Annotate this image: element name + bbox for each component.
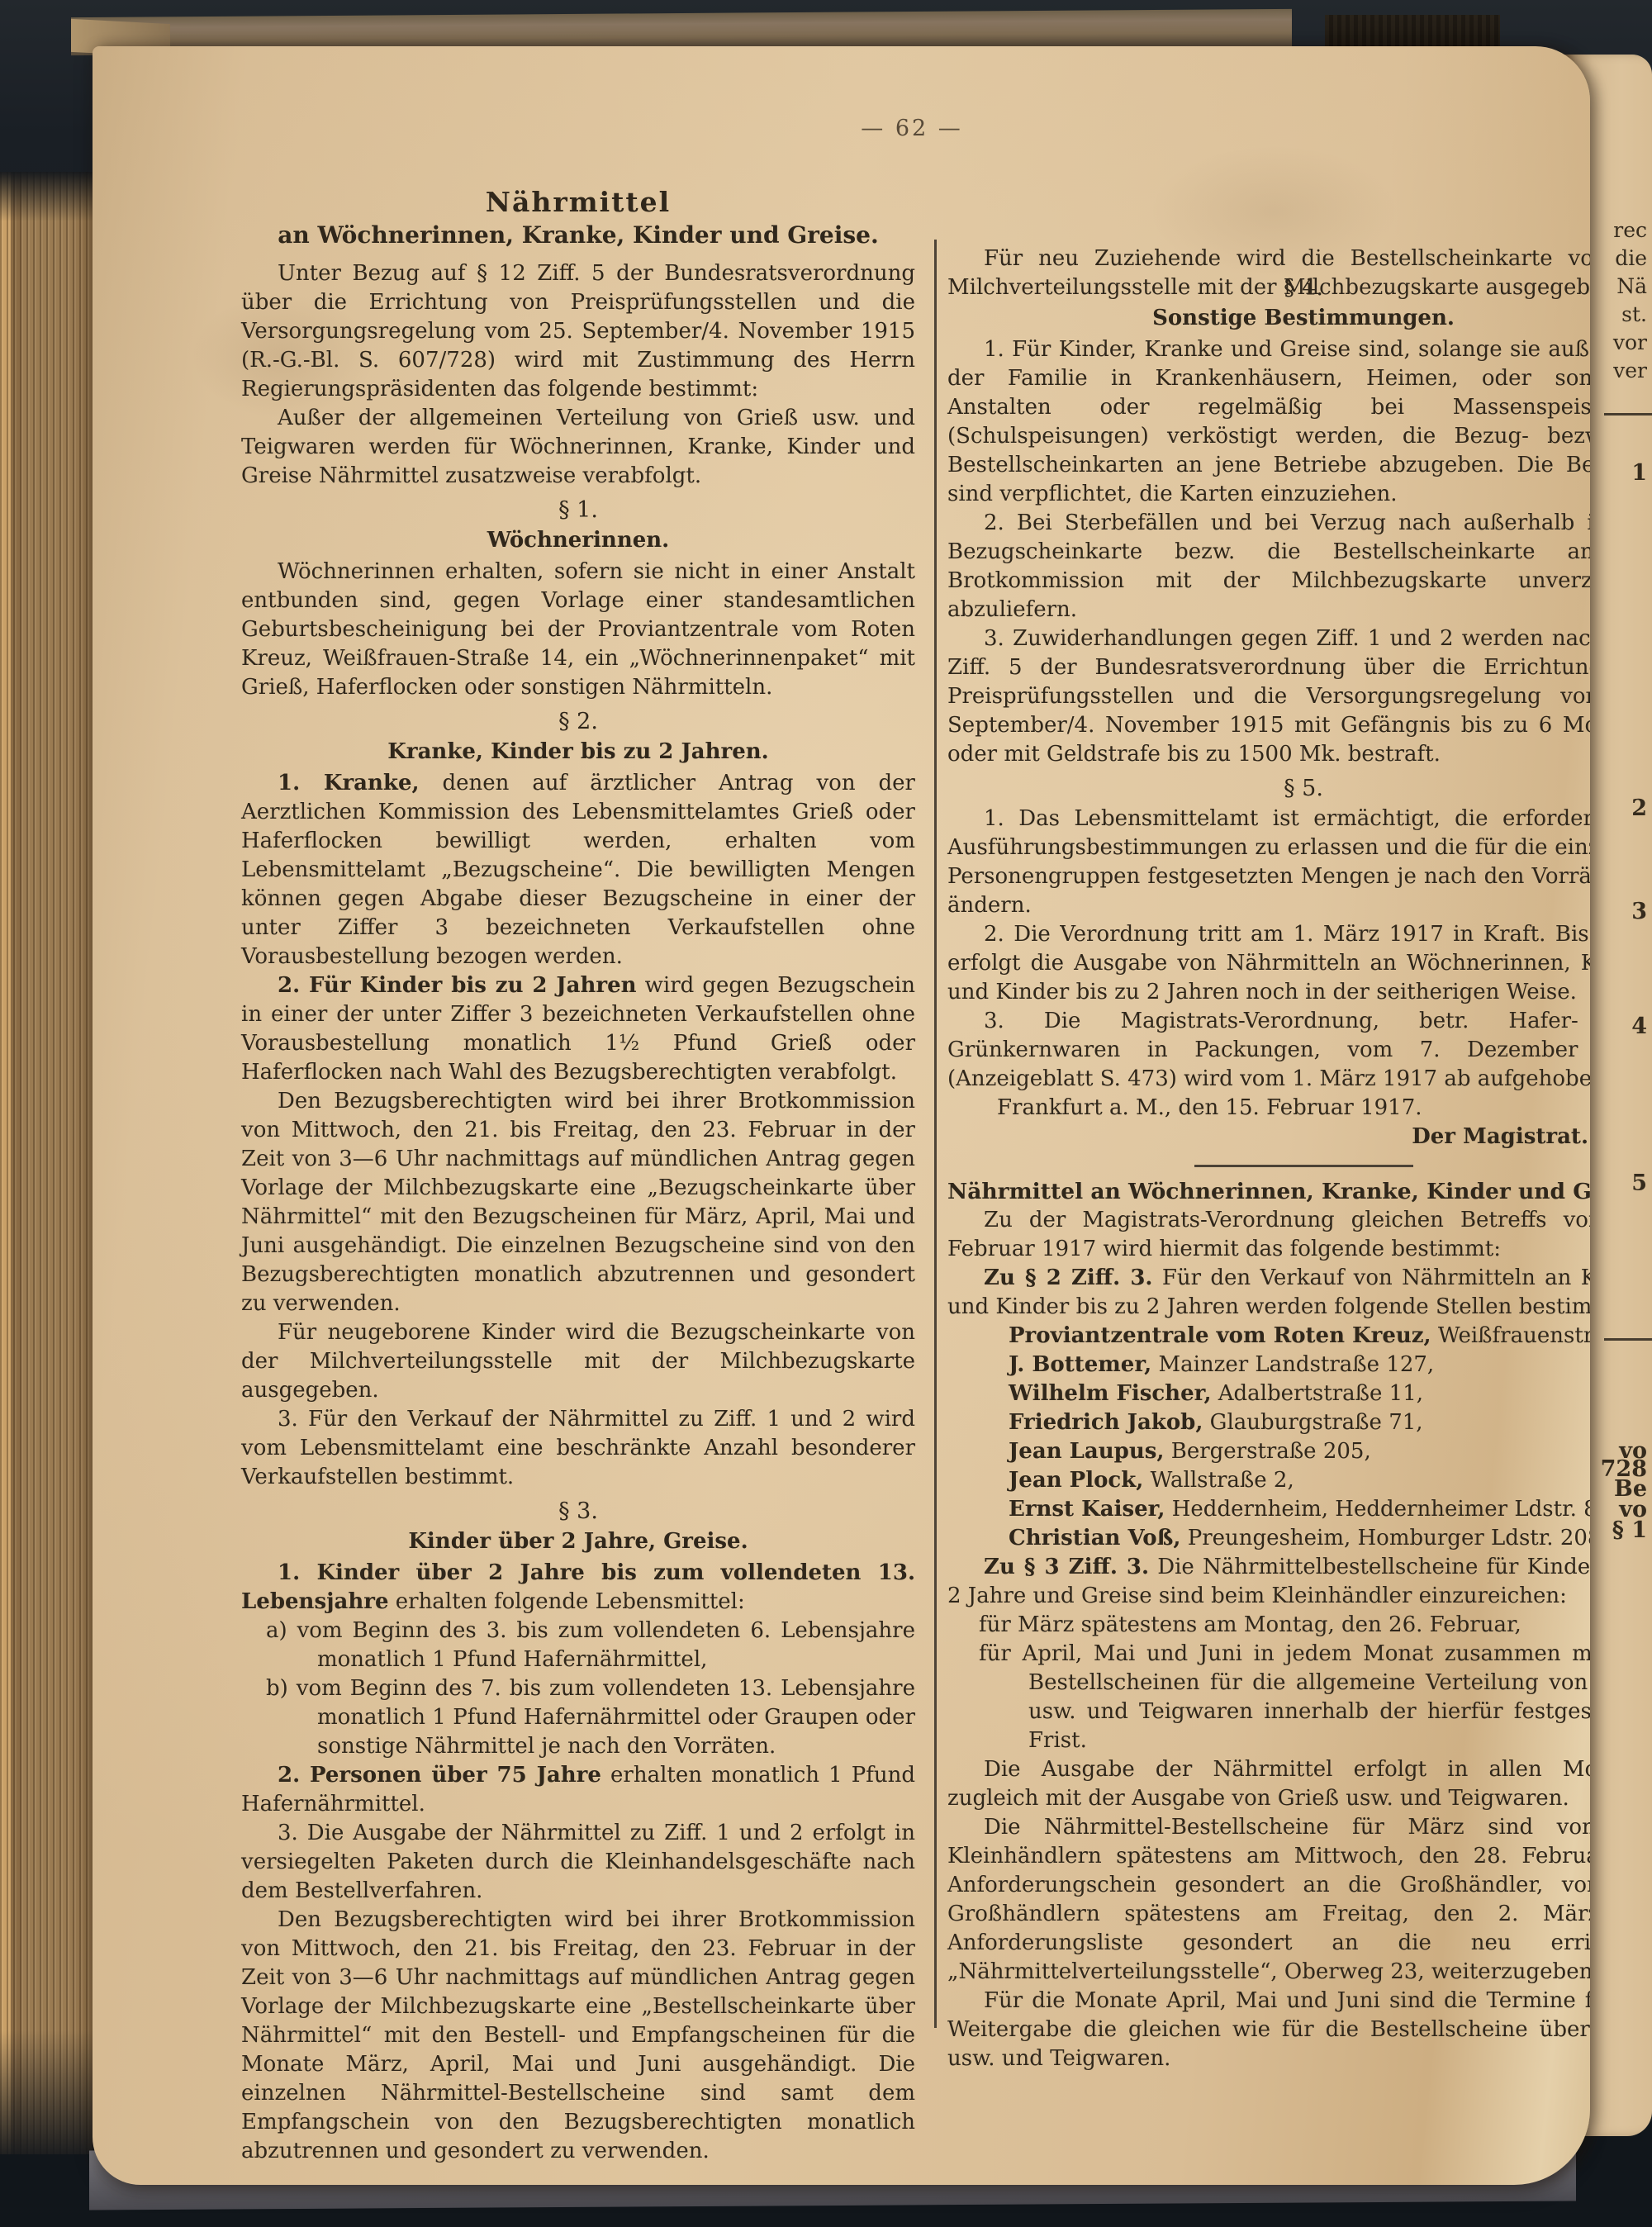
- paragraph: Die Nährmittel-Bestellscheine für März s…: [947, 1813, 1590, 1987]
- text-run: Nährmittel: [486, 186, 671, 218]
- separator-rule: [1194, 1165, 1413, 1167]
- list-item: für März spätestens am Montag, den 26. F…: [947, 1611, 1590, 1640]
- document-subtitle: an Wöchnerinnen, Kranke, Kinder und Grei…: [241, 220, 915, 251]
- text-run: erhalten folgende Lebensmittel:: [388, 1589, 744, 1614]
- section-mark: § 5.: [947, 774, 1590, 803]
- text-run: 3. Die Ausgabe der Nährmittel zu Ziff. 1…: [241, 1821, 915, 1903]
- text-run: Unter Bezug auf § 12 Ziff. 5 der Bundesr…: [241, 261, 915, 401]
- bold-lead: 1. Kranke,: [278, 771, 420, 795]
- paragraph: 3. Zuwiderhandlungen gegen Ziff. 1 und 2…: [947, 624, 1590, 769]
- text-run: § 5.: [1284, 776, 1323, 801]
- bold-lead: 2. Personen über 75 Jahre: [278, 1763, 601, 1788]
- paragraph: Für neugeborene Kinder wird die Bezugsch…: [241, 1318, 915, 1405]
- clipped-text-fragment: st.: [1621, 304, 1647, 325]
- text-run: Weißfrauenstr. 14,: [1431, 1323, 1590, 1348]
- paragraph: Zu der Magistrats-Verordnung gleichen Be…: [947, 1206, 1590, 1264]
- right-column: Für neu Zuziehende wird die Bestellschei…: [947, 245, 1590, 2073]
- text-run: Den Bezugsberechtigten wird bei ihrer Br…: [241, 1089, 915, 1316]
- list-item: a) vom Beginn des 3. bis zum vollendeten…: [241, 1617, 915, 1674]
- text-run: Kranke, Kinder bis zu 2 Jahren.: [387, 739, 768, 764]
- paragraph: 1. Kinder über 2 Jahre bis zum vollendet…: [241, 1559, 915, 1617]
- bold-lead: 2. Für Kinder bis zu 2 Jahren: [278, 973, 637, 998]
- text-run: Preungesheim, Homburger Ldstr. 208.: [1180, 1526, 1590, 1550]
- text-run: 1. Das Lebensmittelamt ist ermächtigt, d…: [947, 806, 1590, 918]
- paragraph: 1. Das Lebensmittelamt ist ermächtigt, d…: [947, 805, 1590, 920]
- address-line: Ernst Kaiser, Heddernheim, Heddernheimer…: [947, 1495, 1590, 1524]
- list-item: b) vom Beginn des 7. bis zum vollendeten…: [241, 1674, 915, 1761]
- clipped-text-fragment: 4: [1631, 1016, 1647, 1038]
- text-run: Glauburgstraße 71,: [1203, 1410, 1422, 1435]
- address-line: Jean Plock, Wallstraße 2,: [947, 1466, 1590, 1495]
- bold-lead: Zu § 2 Ziff. 3.: [984, 1265, 1152, 1290]
- text-run: § 1.: [558, 497, 598, 523]
- text-run: Bergerstraße 205,: [1164, 1439, 1370, 1464]
- text-run: Zu der Magistrats-Verordnung gleichen Be…: [947, 1208, 1590, 1261]
- text-run: Frankfurt a. M., den 15. Februar 1917.: [997, 1095, 1422, 1120]
- text-run: Für neugeborene Kinder wird die Bezugsch…: [241, 1320, 915, 1403]
- text-run: Für die Monate April, Mai und Juni sind …: [947, 1988, 1590, 2071]
- clipped-text-fragment: Nä: [1616, 276, 1647, 297]
- paragraph: Die Ausgabe der Nährmittel erfolgt in al…: [947, 1755, 1590, 1813]
- paragraph: 2. Die Verordnung tritt am 1. März 1917 …: [947, 920, 1590, 1007]
- section-mark: § 3.: [241, 1497, 915, 1526]
- text-run: Mainzer Landstraße 127,: [1151, 1352, 1434, 1377]
- paragraph: Unter Bezug auf § 12 Ziff. 5 der Bundesr…: [241, 259, 915, 404]
- clipped-text-fragment: ver: [1613, 360, 1647, 382]
- text-run: Sonstige Bestimmungen.: [1152, 306, 1455, 330]
- text-run: 3. Für den Verkauf der Nährmittel zu Zif…: [241, 1407, 915, 1489]
- paragraph: Für die Monate April, Mai und Juni sind …: [947, 1987, 1590, 2073]
- text-run: Wöchnerinnen.: [487, 528, 669, 553]
- paragraph: Den Bezugsberechtigten wird bei ihrer Br…: [241, 1906, 915, 2166]
- text-run: an Wöchnerinnen, Kranke, Kinder und Grei…: [278, 221, 878, 249]
- text-run: Nährmittel an Wöchnerinnen, Kranke, Kind…: [947, 1179, 1590, 1204]
- paragraph: 3. Die Magistrats-Verordnung, betr. Hafe…: [947, 1007, 1590, 1094]
- clipped-text-fragment: 3: [1631, 901, 1647, 923]
- paragraph: Zu § 3 Ziff. 3. Die Nährmittelbestellsch…: [947, 1553, 1590, 1611]
- bold-lead: Friedrich Jakob,: [1009, 1410, 1203, 1435]
- text-run: 3. Die Magistrats-Verordnung, betr. Hafe…: [947, 1009, 1590, 1091]
- text-run: 2. Die Verordnung tritt am 1. März 1917 …: [947, 922, 1590, 1004]
- column-divider: [934, 240, 937, 2028]
- address-line: J. Bottemer, Mainzer Landstraße 127,: [947, 1351, 1590, 1379]
- list-item: für April, Mai und Juni in jedem Monat z…: [947, 1640, 1590, 1755]
- paragraph: Außer der allgemeinen Verteilung von Gri…: [241, 404, 915, 491]
- text-run: Wallstraße 2,: [1143, 1468, 1294, 1493]
- text-run: Der Magistrat.: [1412, 1124, 1588, 1149]
- text-run: 3. Zuwiderhandlungen gegen Ziff. 1 und 2…: [947, 626, 1590, 767]
- text-run: Die Nährmittel-Bestellscheine für März s…: [947, 1815, 1590, 1984]
- clipped-text-fragment: 2: [1631, 798, 1647, 819]
- bold-lead: Zu § 3 Ziff. 3.: [984, 1555, 1149, 1579]
- separator-rule-fragment: [1604, 413, 1652, 415]
- text-run: denen auf ärztlicher Antrag von der Aerz…: [241, 771, 915, 969]
- text-run: Für neu Zuziehende wird die Bestellschei…: [947, 246, 1590, 300]
- text-run: § 4.: [1284, 275, 1323, 301]
- paragraph: 1. Für Kinder, Kranke und Greise sind, s…: [947, 335, 1590, 509]
- section-heading: Sonstige Bestimmungen.: [947, 304, 1590, 333]
- text-run: für April, Mai und Juni in jedem Monat z…: [979, 1641, 1590, 1753]
- paragraph: 3. Die Ausgabe der Nährmittel zu Ziff. 1…: [241, 1819, 915, 1906]
- bold-lead: Christian Voß,: [1009, 1526, 1180, 1550]
- address-line: Christian Voß, Preungesheim, Homburger L…: [947, 1524, 1590, 1553]
- dateline: Frankfurt a. M., den 15. Februar 1917.: [947, 1094, 1590, 1123]
- clipped-text-fragment: 5: [1631, 1173, 1647, 1194]
- bold-lead: Wilhelm Fischer,: [1009, 1381, 1212, 1406]
- book-scan: { "page_header": "— 62 —", "palette": { …: [0, 0, 1652, 2227]
- bold-lead: J. Bottemer,: [1009, 1352, 1151, 1377]
- paragraph: Zu § 2 Ziff. 3. Für den Verkauf von Nähr…: [947, 1264, 1590, 1322]
- paragraph: Wöchnerinnen erhalten, sofern sie nicht …: [241, 558, 915, 702]
- text-run: Adalbertstraße 11,: [1212, 1381, 1424, 1406]
- article-heading: Nährmittel an Wöchnerinnen, Kranke, Kind…: [947, 1177, 1590, 1206]
- section-heading: Kinder über 2 Jahre, Greise.: [241, 1527, 915, 1556]
- address-line: Wilhelm Fischer, Adalbertstraße 11,: [947, 1379, 1590, 1408]
- paragraph: 2. Personen über 75 Jahre erhalten monat…: [241, 1761, 915, 1819]
- text-run: 2. Bei Sterbefällen und bei Verzug nach …: [947, 510, 1590, 622]
- text-run: Die Ausgabe der Nährmittel erfolgt in al…: [947, 1757, 1590, 1811]
- page-number: — 62 —: [813, 116, 1011, 141]
- bold-lead: Jean Plock,: [1009, 1468, 1143, 1493]
- paragraph: 1. Kranke, denen auf ärztlicher Antrag v…: [241, 769, 915, 971]
- document-page: — 62 — Nährmittelan Wöchnerinnen, Kranke…: [93, 46, 1590, 2185]
- text-run: Wöchnerinnen erhalten, sofern sie nicht …: [241, 559, 915, 700]
- left-column: Nährmittelan Wöchnerinnen, Kranke, Kinde…: [241, 185, 915, 2166]
- text-run: § 2.: [558, 709, 598, 734]
- clipped-text-fragment: vor: [1613, 332, 1647, 354]
- bold-lead: Jean Laupus,: [1009, 1439, 1164, 1464]
- clipped-text-fragment: 1: [1631, 463, 1647, 484]
- bold-lead: Proviantzentrale vom Roten Kreuz,: [1009, 1323, 1431, 1348]
- signature: Der Magistrat.: [947, 1123, 1590, 1151]
- section-mark: § 1.: [241, 496, 915, 525]
- text-run: Kinder über 2 Jahre, Greise.: [408, 1529, 748, 1554]
- text-run: Heddernheim, Heddernheimer Ldstr. 8,: [1165, 1497, 1590, 1522]
- paragraph: 3. Für den Verkauf der Nährmittel zu Zif…: [241, 1405, 915, 1492]
- address-line: Jean Laupus, Bergerstraße 205,: [947, 1437, 1590, 1466]
- book-page-stack-edge: [0, 172, 97, 2154]
- paragraph: Den Bezugsberechtigten wird bei ihrer Br…: [241, 1087, 915, 1318]
- document-title: Nährmittel: [241, 185, 915, 220]
- section-heading: Kranke, Kinder bis zu 2 Jahren.: [241, 738, 915, 767]
- bold-lead: Ernst Kaiser,: [1009, 1497, 1165, 1522]
- text-run: § 3.: [558, 1498, 598, 1524]
- address-line: Friedrich Jakob, Glauburgstraße 71,: [947, 1408, 1590, 1437]
- address-line: Proviantzentrale vom Roten Kreuz, Weißfr…: [947, 1322, 1590, 1351]
- section-mark: § 2.: [241, 707, 915, 736]
- paragraph: 2. Für Kinder bis zu 2 Jahren wird gegen…: [241, 971, 915, 1087]
- clipped-text-fragment: die: [1615, 248, 1647, 269]
- text-run: Den Bezugsberechtigten wird bei ihrer Br…: [241, 1907, 915, 2163]
- section-heading: Wöchnerinnen.: [241, 526, 915, 555]
- separator-rule-fragment: [1604, 1338, 1652, 1341]
- clipped-text-fragment: § 1: [1612, 1520, 1647, 1541]
- text-run: Außer der allgemeinen Verteilung von Gri…: [241, 406, 915, 488]
- clipped-text-fragment: rec: [1613, 220, 1647, 241]
- paragraph: 2. Bei Sterbefällen und bei Verzug nach …: [947, 509, 1590, 624]
- text-run: a) vom Beginn des 3. bis zum vollendeten…: [266, 1618, 915, 1672]
- text-run: b) vom Beginn des 7. bis zum vollendeten…: [266, 1676, 915, 1759]
- paragraph: Für neu Zuziehende wird die Bestellschei…: [947, 245, 1590, 302]
- text-run: 1. Für Kinder, Kranke und Greise sind, s…: [947, 337, 1590, 506]
- text-run: für März spätestens am Montag, den 26. F…: [979, 1612, 1521, 1637]
